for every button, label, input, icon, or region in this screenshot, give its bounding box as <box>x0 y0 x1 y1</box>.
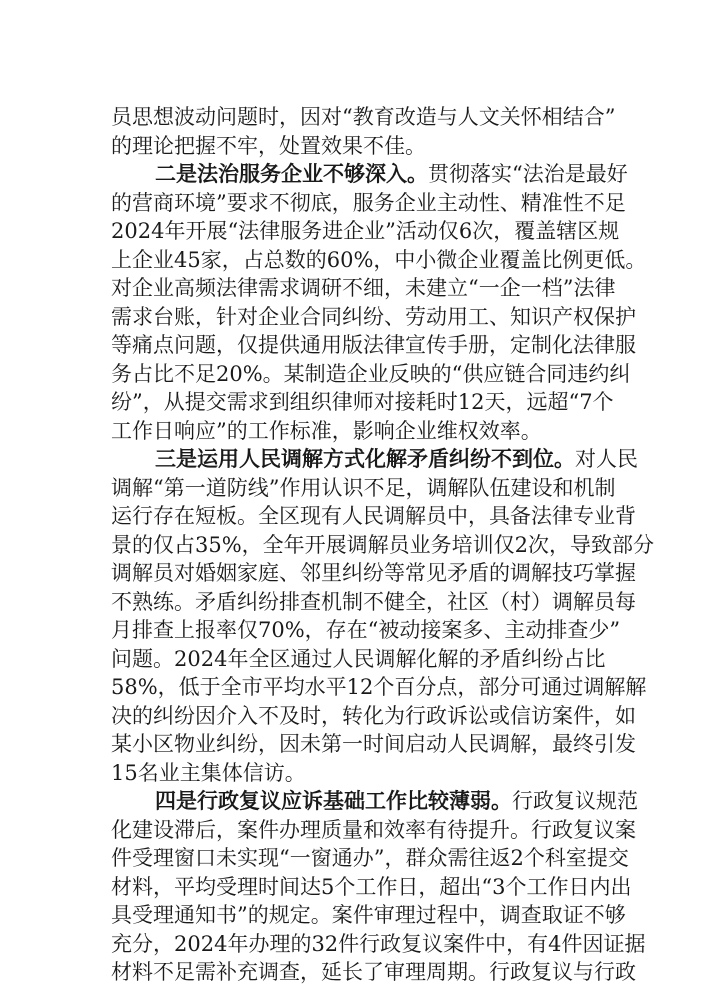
text-line: 景的仅占35%，全年开展调解员业务培训仅2次，导致部分 <box>111 531 602 560</box>
text-span: 贯彻落实“法治是最好 <box>428 162 628 186</box>
text-line: 调解“第一道防线”作用认识不足，调解队伍建设和机制 <box>111 474 602 503</box>
text-line: 问题。2024年全区通过人民调解化解的矛盾纠纷占比 <box>111 645 602 674</box>
text-line: 材料，平均受理时间达5个工作日，超出“3个工作日内出 <box>111 873 602 902</box>
text-line: 化建设滞后，案件办理质量和效率有待提升。行政复议案 <box>111 816 602 845</box>
text-line: 纷”，从提交需求到组织律师对接耗时12天，远超“7个 <box>111 388 602 417</box>
text-line: 等痛点问题，仅提供通用版法律宣传手册，定制化法律服 <box>111 331 602 360</box>
text-line: 决的纠纷因介入不及时，转化为行政诉讼或信访案件，如 <box>111 702 602 731</box>
text-line: 某小区物业纠纷，因未第一时间启动人民调解，最终引发 <box>111 730 602 759</box>
text-line: 运行存在短板。全区现有人民调解员中，具备法律专业背 <box>111 502 602 531</box>
text-line: 调解员对婚姻家庭、邻里纠纷等常见矛盾的调解技巧掌握 <box>111 559 602 588</box>
text-line: 需求台账，针对企业合同纠纷、劳动用工、知识产权保护 <box>111 303 602 332</box>
text-line: 15名业主集体信访。 <box>111 759 602 788</box>
document-page: 员思想波动问题时，因对“教育改造与人文关怀相结合” 的理论把握不牢，处置效果不佳… <box>111 103 602 987</box>
text-line: 员思想波动问题时，因对“教育改造与人文关怀相结合” <box>111 103 602 132</box>
paragraph-heading-line: 二是法治服务企业不够深入。贯彻落实“法治是最好 <box>111 160 602 189</box>
section-heading: 三是运用人民调解方式化解矛盾纠纷不到位。 <box>155 447 575 471</box>
text-line: 月排查上报率仅70%，存在“被动接案多、主动排查少” <box>111 616 602 645</box>
text-line: 对企业高频法律需求调研不细，未建立“一企一档”法律 <box>111 274 602 303</box>
text-line: 的营商环境”要求不彻底，服务企业主动性、精准性不足 <box>111 189 602 218</box>
text-span: 行政复议规范 <box>512 789 638 813</box>
text-line: 工作日响应”的工作标准，影响企业维权效率。 <box>111 417 602 446</box>
text-line: 充分，2024年办理的32件行政复议案件中，有4件因证据 <box>111 930 602 959</box>
paragraph-heading-line: 三是运用人民调解方式化解矛盾纠纷不到位。对人民 <box>111 445 602 474</box>
text-line: 2024年开展“法律服务进企业”活动仅6次，覆盖辖区规 <box>111 217 602 246</box>
text-span: 对人民 <box>575 447 638 471</box>
paragraph-heading-line: 四是行政复议应诉基础工作比较薄弱。行政复议规范 <box>111 787 602 816</box>
text-line: 58%，低于全市平均水平12个百分点，部分可通过调解解 <box>111 673 602 702</box>
section-heading: 四是行政复议应诉基础工作比较薄弱。 <box>155 789 512 813</box>
text-line: 具受理通知书”的规定。案件审理过程中，调查取证不够 <box>111 901 602 930</box>
text-line: 务占比不足20%。某制造企业反映的“供应链合同违约纠 <box>111 360 602 389</box>
text-line: 件受理窗口未实现“一窗通办”，群众需往返2个科室提交 <box>111 844 602 873</box>
text-line: 上企业45家，占总数的60%，中小微企业覆盖比例更低。 <box>111 246 602 275</box>
text-line: 不熟练。矛盾纠纷排查机制不健全，社区（村）调解员每 <box>111 588 602 617</box>
text-line: 的理论把握不牢，处置效果不佳。 <box>111 132 602 161</box>
text-line: 材料不足需补充调查，延长了审理周期。行政复议与行政 <box>111 958 602 987</box>
section-heading: 二是法治服务企业不够深入。 <box>155 162 428 186</box>
